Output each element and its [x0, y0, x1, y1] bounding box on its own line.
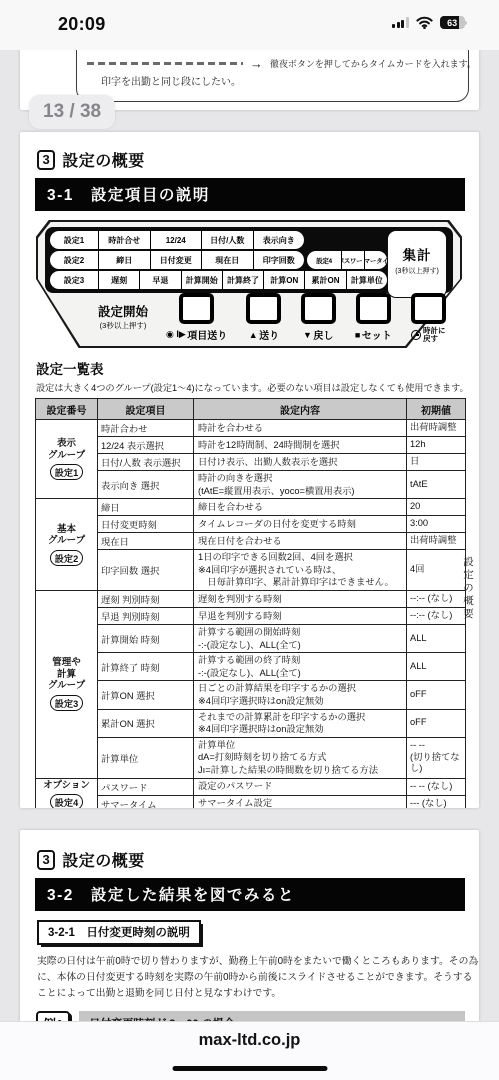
- group-label-cell: 表示グループ設定1: [36, 420, 98, 499]
- default-cell: ALL: [407, 653, 466, 681]
- diagram-key-label: 早退: [140, 271, 181, 289]
- setting-start-label: 設定開始: [80, 302, 166, 320]
- diagram-pill-group: 設定1時計合せ12/24日付/人数表示向き: [50, 231, 304, 249]
- battery-percent: 63: [447, 18, 457, 28]
- diagram-buttons: ◉ I▶項目送り▲送り▼戻し■セット時計に戻す: [166, 293, 446, 343]
- diagram-key-label: 計算ON: [264, 271, 305, 289]
- setting-badge: 設定1: [50, 464, 84, 480]
- diagram-key-label: 設定3: [50, 271, 99, 289]
- diagram-key-label: 12/24: [151, 231, 203, 249]
- cellular-signal-icon: [392, 17, 409, 28]
- setting-start-note: (3秒以上押す): [80, 320, 166, 331]
- summary-key-label: 集計: [388, 244, 446, 264]
- group-label-cell: オプション設定4: [36, 778, 98, 808]
- arrow-icon: →: [250, 59, 263, 69]
- desc-cell: サマータイム設定: [194, 795, 407, 808]
- default-cell: -- -- (なし): [407, 778, 466, 795]
- item-cell: 表示向き 選択: [98, 471, 194, 499]
- table-row: オプション設定4パスワード設定のパスワード-- -- (なし): [36, 778, 466, 795]
- table-row: 表示グループ設定1時計合わせ時計を合わせる出荷時調整: [36, 420, 466, 437]
- default-cell: --:-- (なし): [407, 590, 466, 607]
- diagram-key-label: 累計ON: [305, 271, 346, 289]
- page-count-badge: 13 / 38: [29, 95, 115, 129]
- item-cell: 日付変更時刻: [98, 516, 194, 533]
- button-label: ▲送り: [249, 327, 279, 342]
- default-cell: -- -- (切り捨てなし): [407, 737, 466, 778]
- address-bar[interactable]: max-ltd.co.jp: [120, 1031, 380, 1050]
- up-arrow-icon: ▲: [249, 330, 258, 340]
- heading-3-2: 3-2 設定した結果を図でみると: [35, 878, 465, 911]
- diagram-key-label: 遅刻: [99, 271, 140, 289]
- desc-cell: 日ごとの計算結果を印字するかの選択※4回印字選択時はon設定無効: [194, 681, 407, 709]
- battery-icon: 63: [440, 16, 467, 29]
- diagram-key-label: 設定2: [50, 251, 99, 269]
- setting-badge: 設定3: [50, 695, 84, 711]
- diagram-key-label: 現在日: [202, 251, 254, 269]
- diagram-key-label: 計算終了: [223, 271, 264, 289]
- desc-cell: 遅刻を判別する時刻: [194, 590, 407, 607]
- down-arrow-icon: ▼: [303, 330, 312, 340]
- button-face: [356, 293, 391, 324]
- control-panel-diagram: 設定1時計合せ12/24日付/人数表示向き設定2締日日付変更現在日印字回数設定4…: [36, 220, 462, 348]
- table-row: 基本グループ設定2締日締日を合わせる20: [36, 499, 466, 516]
- status-bar: 20:09 63: [0, 0, 499, 50]
- column-header: 設定番号: [36, 399, 98, 420]
- subheading-3-2-1: 3-2-1 日付変更時刻の説明: [37, 920, 201, 945]
- button-label: 時計に戻す: [411, 327, 445, 343]
- default-cell: --:-- (なし): [407, 607, 466, 624]
- table-row: 12/24 表示選択時計を12時間制、24時間制を選択12h: [36, 437, 466, 454]
- item-cell: 遅刻 判別時刻: [98, 590, 194, 607]
- prev-page-note-box: → 徹夜ボタンを押してからタイムカードを入れます。 印字を出勤と同じ段にしたい。: [76, 48, 469, 102]
- button-label: ◉ I▶項目送り: [166, 327, 227, 342]
- diagram-key-label: 計算単位: [347, 271, 387, 289]
- heading-3-1: 3-1 設定項目の説明: [35, 178, 465, 211]
- item-cell: 累計ON 選択: [98, 709, 194, 737]
- setting-badge: 設定2: [50, 550, 84, 566]
- diagram-key-label: 時計合せ: [99, 231, 151, 249]
- desc-cell: 早退を判別する時刻: [194, 607, 407, 624]
- diagram-key-label: 計算開始: [182, 271, 223, 289]
- section-number-box: 3: [37, 150, 55, 170]
- table-row: 表示向き 選択時計の向きを選択(tAtE=縦置用表示、yoco=横置用表示)tA…: [36, 471, 466, 499]
- diagram-key-label: 設定4: [307, 251, 342, 269]
- diagram-key-label: 設定1: [50, 231, 99, 249]
- table-header-row: 設定番号設定項目設定内容初期値: [36, 399, 466, 420]
- table-row: 計算単位計算単位dA=打刻時刻を切り捨てる方式Jı=計算した結果の時間数を切り捨…: [36, 737, 466, 778]
- diagram-button: ◉ I▶項目送り: [166, 293, 227, 343]
- default-cell: oFF: [407, 709, 466, 737]
- desc-cell: 時計を12時間制、24時間制を選択: [194, 437, 407, 454]
- table-row: 計算終了 時刻計算する範囲の終了時刻-:-(設定なし)、ALL(全て)ALL: [36, 653, 466, 681]
- desc-cell: 現在日付を合わせる: [194, 533, 407, 550]
- button-label: ■セット: [355, 327, 392, 342]
- summary-key: 集計 (3秒以上押す): [387, 230, 447, 298]
- item-advance-icon: ◉ I▶: [166, 329, 186, 340]
- diagram-black-panel: 設定1時計合せ12/24日付/人数表示向き設定2締日日付変更現在日印字回数設定4…: [45, 227, 453, 293]
- settings-list-title: 設定一覧表: [36, 358, 465, 378]
- default-cell: 4回: [407, 550, 466, 591]
- safari-bottom-bar: max-ltd.co.jp: [0, 1021, 499, 1080]
- diagram-key-label: サマータイム: [365, 251, 387, 269]
- default-cell: 3:00: [407, 516, 466, 533]
- table-row: サマータイムサマータイム設定--- (なし): [36, 795, 466, 808]
- button-face: [411, 293, 446, 324]
- diagram-row: 設定1時計合せ12/24日付/人数表示向き: [50, 231, 387, 249]
- table-row: 計算ON 選択日ごとの計算結果を印字するかの選択※4回印字選択時はon設定無効o…: [36, 681, 466, 709]
- item-cell: サマータイム: [98, 795, 194, 808]
- default-cell: 20: [407, 499, 466, 516]
- table-row: 日付変更時刻タイムレコーダの日付を変更する時刻3:00: [36, 516, 466, 533]
- diagram-row: 設定3遅刻早退計算開始計算終了計算ON累計ON計算単位: [50, 271, 387, 289]
- item-cell: 印字回数 選択: [98, 550, 194, 591]
- desc-cell: 計算する範囲の終了時刻-:-(設定なし)、ALL(全て): [194, 653, 407, 681]
- diagram-key-label: パスワード: [342, 251, 365, 269]
- item-cell: 計算ON 選択: [98, 681, 194, 709]
- desc-cell: 計算単位dA=打刻時刻を切り捨てる方式Jı=計算した結果の時間数を切り捨てる方法: [194, 737, 407, 778]
- default-cell: 出荷時調整: [407, 420, 466, 437]
- desc-cell: 1日の印字できる回数2回、4回を選択※4回印字が選択されている時は、 日毎計算印…: [194, 550, 407, 591]
- desc-cell: 日付け表示、出勤人数表示を選択: [194, 454, 407, 471]
- status-time: 20:09: [58, 14, 106, 35]
- diagram-button: ▲送り: [246, 293, 281, 343]
- group-label-cell: 基本グループ設定2: [36, 499, 98, 591]
- clock-icon: [411, 330, 421, 340]
- default-cell: 12h: [407, 437, 466, 454]
- settings-table: 設定番号設定項目設定内容初期値表示グループ設定1時計合わせ時計を合わせる出荷時調…: [35, 398, 466, 808]
- desc-cell: タイムレコーダの日付を変更する時刻: [194, 516, 407, 533]
- table-row: 印字回数 選択1日の印字できる回数2回、4回を選択※4回印字が選択されている時は…: [36, 550, 466, 591]
- chapter-side-tab: 設定の概要: [461, 556, 476, 621]
- item-cell: 早退 判別時刻: [98, 607, 194, 624]
- default-cell: 日: [407, 454, 466, 471]
- button-face: [246, 293, 281, 324]
- item-cell: 計算単位: [98, 737, 194, 778]
- setting-badge: 設定4: [50, 794, 84, 808]
- diagram-pill-group: 設定2締日日付変更現在日印字回数: [50, 251, 304, 269]
- clipped-text-fragment: [87, 62, 243, 65]
- default-cell: 出荷時調整: [407, 533, 466, 550]
- diagram-button: ■セット: [355, 293, 392, 343]
- table-row: 現在日現在日付を合わせる出荷時調整: [36, 533, 466, 550]
- desc-cell: 締日を合わせる: [194, 499, 407, 516]
- button-label: ▼戻し: [303, 327, 333, 342]
- table-row: 日付/人数 表示選択日付け表示、出勤人数表示を選択日: [36, 454, 466, 471]
- diagram-key-label: 印字回数: [254, 251, 305, 269]
- setting-start-label-block: 設定開始 (3秒以上押す): [80, 302, 166, 343]
- button-face: [301, 293, 336, 324]
- item-cell: 日付/人数 表示選択: [98, 454, 194, 471]
- prev-note-answer: 徹夜ボタンを押してからタイムカードを入れます。: [270, 57, 476, 70]
- desc-cell: 設定のパスワード: [194, 778, 407, 795]
- table-row: 管理や計算グループ設定3遅刻 判別時刻遅刻を判別する時刻--:-- (なし): [36, 590, 466, 607]
- button-face: [179, 293, 214, 324]
- diagram-panel-rows: 設定1時計合せ12/24日付/人数表示向き設定2締日日付変更現在日印字回数設定4…: [50, 231, 387, 289]
- diagram-key-label: 日付変更: [151, 251, 203, 269]
- item-cell: 締日: [98, 499, 194, 516]
- item-cell: 12/24 表示選択: [98, 437, 194, 454]
- group-label-cell: 管理や計算グループ設定3: [36, 590, 98, 778]
- item-cell: パスワード: [98, 778, 194, 795]
- item-cell: 現在日: [98, 533, 194, 550]
- section-title: 設定の概要: [62, 848, 145, 871]
- column-header: 初期値: [407, 399, 466, 420]
- summary-key-note: (3秒以上押す): [388, 266, 446, 276]
- set-square-icon: ■: [355, 330, 360, 340]
- desc-cell: 時計の向きを選択(tAtE=縦置用表示、yoco=横置用表示): [194, 471, 407, 499]
- explanation-paragraph: 実際の日付は午前0時で切り替わりますが、勤務上午前0時をまたいで働くところもあり…: [37, 954, 479, 1002]
- default-cell: ALL: [407, 624, 466, 652]
- table-row: 早退 判別時刻早退を判別する時刻--:-- (なし): [36, 607, 466, 624]
- diagram-pill-group: 設定3遅刻早退計算開始計算終了計算ON累計ON計算単位: [50, 271, 387, 289]
- pdf-page-current: 3 設定の概要 3-1 設定項目の説明 設定1時計合せ12/24日付/人数表示向…: [20, 132, 479, 808]
- diagram-button: 時計に戻す: [411, 293, 446, 343]
- table-row: 累計ON 選択それまでの計算累計を印字するかの選択※4回印字選択時はon設定無効…: [36, 709, 466, 737]
- default-cell: --- (なし): [407, 795, 466, 808]
- home-indicator[interactable]: [172, 1066, 327, 1071]
- settings-list-intro: 設定は大きく4つのグループ(設定1〜4)になっています。必要のない項目は設定しな…: [36, 380, 465, 394]
- column-header: 設定内容: [194, 399, 407, 420]
- diagram-key-label: 日付/人数: [202, 231, 254, 249]
- diagram-key-label: 表示向き: [254, 231, 305, 249]
- item-cell: 計算開始 時刻: [98, 624, 194, 652]
- table-row: 計算開始 時刻計算する範囲の開始時刻-:-(設定なし)、ALL(全て)ALL: [36, 624, 466, 652]
- item-cell: 時計合わせ: [98, 420, 194, 437]
- default-cell: tAtE: [407, 471, 466, 499]
- section-number-box: 3: [37, 850, 55, 870]
- column-header: 設定項目: [98, 399, 194, 420]
- prev-note-question: 印字を出勤と同じ段にしたい。: [101, 73, 458, 88]
- default-cell: oFF: [407, 681, 466, 709]
- desc-cell: それまでの計算累計を印字するかの選択※4回印字選択時はon設定無効: [194, 709, 407, 737]
- wifi-icon: [416, 16, 433, 29]
- item-cell: 計算終了 時刻: [98, 653, 194, 681]
- desc-cell: 時計を合わせる: [194, 420, 407, 437]
- diagram-button: ▼戻し: [301, 293, 336, 343]
- diagram-key-label: 締日: [99, 251, 151, 269]
- section-title: 設定の概要: [62, 148, 145, 171]
- diagram-row: 設定2締日日付変更現在日印字回数設定4パスワードサマータイム: [50, 251, 387, 269]
- desc-cell: 計算する範囲の開始時刻-:-(設定なし)、ALL(全て): [194, 624, 407, 652]
- diagram-pill-group: 設定4パスワードサマータイム: [307, 251, 387, 269]
